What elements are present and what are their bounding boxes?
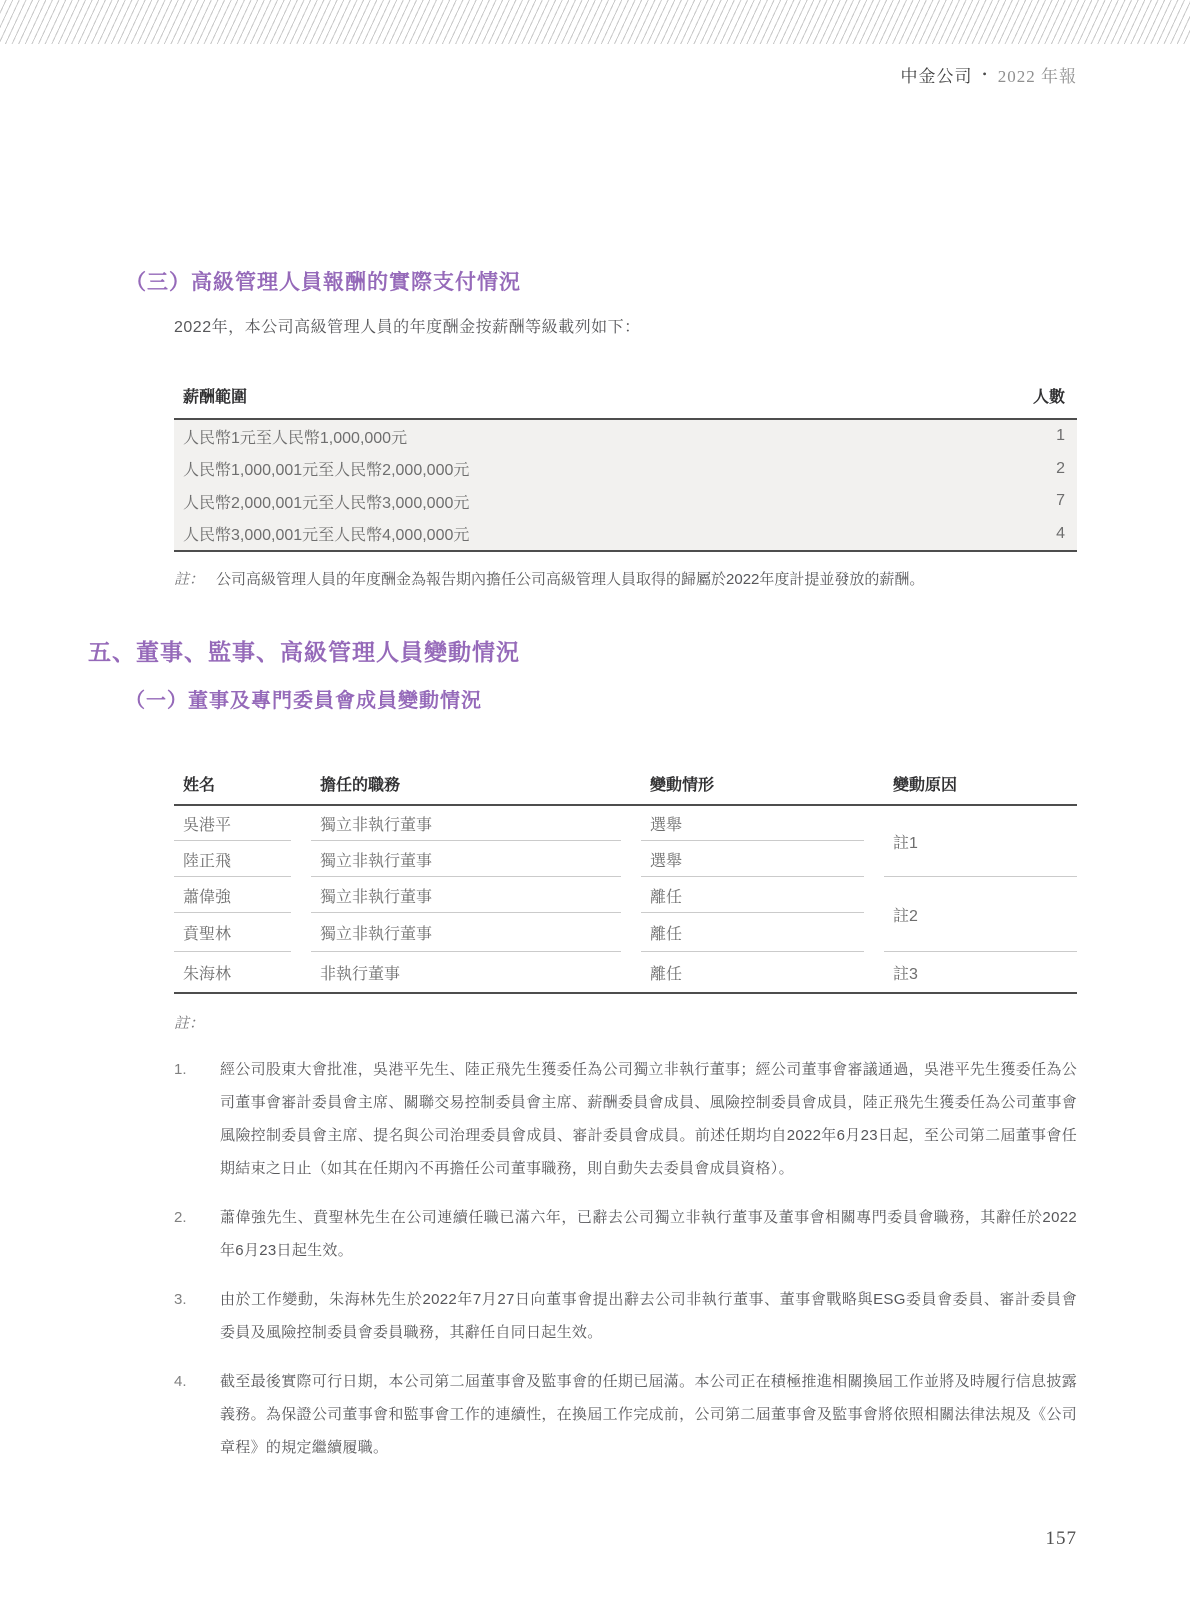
change-reason: 註2: [884, 877, 1077, 952]
change-reason: 註3: [884, 952, 1077, 992]
table-row: 人民幣1元至人民幣1,000,000元 1: [174, 420, 1077, 453]
running-head: 中金公司 • 2022 年報: [901, 62, 1077, 87]
director-position: 獨立非執行董事: [311, 913, 641, 952]
footnote-item: 1. 經公司股東大會批准，吳港平先生、陸正飛先生獲委任為公司獨立非執行董事；經公…: [174, 1053, 1077, 1185]
person-count: 4: [1056, 525, 1065, 543]
footnote-text: 由於工作變動，朱海林先生於2022年7月27日向董事會提出辭去公司非執行董事、董…: [220, 1283, 1077, 1349]
change-type: 離任: [641, 913, 884, 952]
heading-senior-pay: （三）高級管理人員報酬的實際支付情況: [125, 266, 521, 296]
column-header-range: 薪酬範圍: [183, 384, 247, 407]
column-header-position: 擔任的職務: [311, 762, 641, 806]
footnote-number: 2.: [174, 1201, 220, 1267]
director-change-table: 姓名 擔任的職務 變動情形 變動原因 吳港平 獨立非執行董事 選舉 註1 陸正飛…: [174, 762, 1077, 994]
footnote-number: 4.: [174, 1365, 220, 1464]
director-name: 蕭偉強: [174, 877, 311, 913]
footnote-number: 1.: [174, 1053, 220, 1185]
change-type: 選舉: [641, 806, 884, 841]
note-text: 公司高級管理人員的年度酬金為報告期內擔任公司高級管理人員取得的歸屬於2022年度…: [216, 568, 924, 589]
footnote-item: 2. 蕭偉強先生、賁聖林先生在公司連續任職已滿六年，已辭去公司獨立非執行董事及董…: [174, 1201, 1077, 1267]
table-row: 人民幣1,000,001元至人民幣2,000,000元 2: [174, 453, 1077, 486]
change-reason: 註1: [884, 806, 1077, 877]
director-name: 陸正飛: [174, 841, 311, 877]
running-head-company: 中金公司: [901, 62, 973, 87]
person-count: 1: [1056, 427, 1065, 445]
page-number: 157: [1046, 1528, 1078, 1550]
column-header-reason: 變動原因: [884, 762, 1077, 806]
director-name: 吳港平: [174, 806, 311, 841]
director-position: 獨立非執行董事: [311, 806, 641, 841]
change-type: 選舉: [641, 841, 884, 877]
intro-paragraph: 2022年，本公司高級管理人員的年度酬金按薪酬等級載列如下：: [174, 314, 1077, 337]
column-header-name: 姓名: [174, 762, 311, 806]
running-head-edition: 2022 年報: [998, 62, 1077, 87]
heading-section-five: 五、董事、監事、高級管理人員變動情況: [88, 634, 520, 667]
footnotes-label: 註：: [174, 1012, 1077, 1033]
salary-table-note: 註： 公司高級管理人員的年度酬金為報告期內擔任公司高級管理人員取得的歸屬於202…: [174, 568, 1077, 589]
footnote-number: 3.: [174, 1283, 220, 1349]
director-name: 賁聖林: [174, 913, 311, 952]
salary-band-table: 薪酬範圍 人數 人民幣1元至人民幣1,000,000元 1 人民幣1,000,0…: [174, 372, 1077, 552]
director-name: 朱海林: [174, 952, 311, 992]
salary-band-table-header: 薪酬範圍 人數: [174, 372, 1077, 418]
hatch-pattern-band: [0, 0, 1190, 44]
footnote-text: 蕭偉強先生、賁聖林先生在公司連續任職已滿六年，已辭去公司獨立非執行董事及董事會相…: [220, 1201, 1077, 1267]
salary-band-table-body: 人民幣1元至人民幣1,000,000元 1 人民幣1,000,001元至人民幣2…: [174, 418, 1077, 552]
bullet-separator-icon: •: [983, 67, 988, 82]
salary-range: 人民幣1元至人民幣1,000,000元: [183, 425, 407, 448]
director-position: 非執行董事: [311, 952, 641, 992]
table-row: 人民幣3,000,001元至人民幣4,000,000元 4: [174, 518, 1077, 551]
director-position: 獨立非執行董事: [311, 841, 641, 877]
change-type: 離任: [641, 877, 884, 913]
footnotes-block: 註： 1. 經公司股東大會批准，吳港平先生、陸正飛先生獲委任為公司獨立非執行董事…: [174, 1012, 1077, 1480]
person-count: 2: [1056, 460, 1065, 478]
change-type: 離任: [641, 952, 884, 992]
footnote-item: 4. 截至最後實際可行日期，本公司第二屆董事會及監事會的任期已屆滿。本公司正在積…: [174, 1365, 1077, 1464]
footnote-item: 3. 由於工作變動，朱海林先生於2022年7月27日向董事會提出辭去公司非執行董…: [174, 1283, 1077, 1349]
column-header-change: 變動情形: [641, 762, 884, 806]
column-header-count: 人數: [1033, 384, 1065, 407]
note-label: 註：: [174, 568, 216, 589]
salary-range: 人民幣2,000,001元至人民幣3,000,000元: [183, 490, 469, 513]
footnote-text: 經公司股東大會批准，吳港平先生、陸正飛先生獲委任為公司獨立非執行董事；經公司董事…: [220, 1053, 1077, 1185]
heading-committee-changes: （一）董事及專門委員會成員變動情況: [125, 684, 482, 713]
salary-range: 人民幣3,000,001元至人民幣4,000,000元: [183, 522, 469, 545]
person-count: 7: [1056, 492, 1065, 510]
footnote-text: 截至最後實際可行日期，本公司第二屆董事會及監事會的任期已屆滿。本公司正在積極推進…: [220, 1365, 1077, 1464]
salary-range: 人民幣1,000,001元至人民幣2,000,000元: [183, 457, 469, 480]
table-row: 人民幣2,000,001元至人民幣3,000,000元 7: [174, 485, 1077, 518]
report-page: 中金公司 • 2022 年報 （三）高級管理人員報酬的實際支付情況 2022年，…: [0, 0, 1190, 1615]
director-position: 獨立非執行董事: [311, 877, 641, 913]
